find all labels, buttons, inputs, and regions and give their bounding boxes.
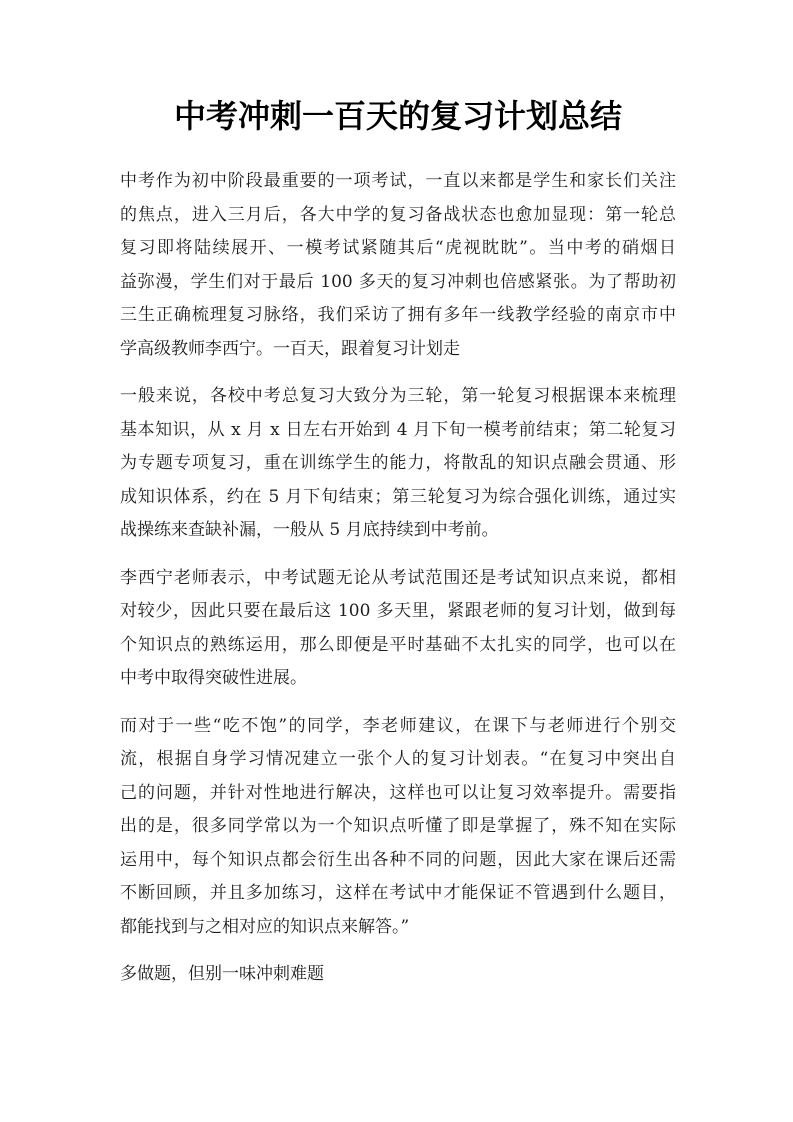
text-line: 对较少，因此只要在最后这 100 多天里，紧跟老师的复习计划，做到每 bbox=[120, 595, 676, 629]
text-line: 益弥漫，学生们对于最后 100 多天的复习冲刺也倍感紧张。为了帮助初 bbox=[120, 266, 676, 300]
text-line: 为专题专项复习，重在训练学生的能力，将散乱的知识点融会贯通、形 bbox=[120, 447, 676, 481]
text-line: 多做题，但别一味冲刺难题 bbox=[120, 958, 676, 992]
text-line: 的焦点，进入三月后，各大中学的复习备战状态也愈加显现：第一轮总 bbox=[120, 199, 676, 233]
paragraph: 中考作为初中阶段最重要的一项考试，一直以来都是学生和家长们关注 的焦点，进入三月… bbox=[120, 165, 676, 366]
paragraph: 李西宁老师表示，中考试题无论从考试范围还是考试知识点来说，都相 对较少，因此只要… bbox=[120, 562, 676, 696]
text-line: 李西宁老师表示，中考试题无论从考试范围还是考试知识点来说，都相 bbox=[120, 562, 676, 596]
text-line: 学高级教师李西宁。一百天，跟着复习计划走 bbox=[120, 333, 676, 367]
text-line: 成知识体系，约在 5 月下旬结束；第三轮复习为综合强化训练，通过实 bbox=[120, 481, 676, 515]
document-content: 中考冲刺一百天的复习计划总结 中考作为初中阶段最重要的一项考试，一直以来都是学生… bbox=[0, 94, 793, 992]
document-page: 中考冲刺一百天的复习计划总结 中考作为初中阶段最重要的一项考试，一直以来都是学生… bbox=[0, 0, 793, 1122]
paragraph: 多做题，但别一味冲刺难题 bbox=[120, 958, 676, 992]
text-line: 中考中取得突破性进展。 bbox=[120, 662, 676, 696]
text-line: 己的问题，并针对性地进行解决，这样也可以让复习效率提升。需要指 bbox=[120, 777, 676, 811]
text-line: 都能找到与之相对应的知识点来解答。” bbox=[120, 911, 676, 945]
text-line: 出的是，很多同学常以为一个知识点听懂了即是掌握了，殊不知在实际 bbox=[120, 810, 676, 844]
text-line: 战操练来查缺补漏，一般从 5 月底持续到中考前。 bbox=[120, 514, 676, 548]
text-line: 运用中，每个知识点都会衍生出各种不同的问题，因此大家在课后还需 bbox=[120, 844, 676, 878]
text-line: 不断回顾，并且多加练习，这样在考试中才能保证不管遇到什么题目， bbox=[120, 877, 676, 911]
text-line: 而对于一些“吃不饱”的同学，李老师建议，在课下与老师进行个别交 bbox=[120, 710, 676, 744]
text-line: 复习即将陆续展开、一模考试紧随其后“虎视眈眈”。当中考的硝烟日 bbox=[120, 232, 676, 266]
text-line: 一般来说，各校中考总复习大致分为三轮，第一轮复习根据课本来梳理 bbox=[120, 380, 676, 414]
text-line: 三生正确梳理复习脉络，我们采访了拥有多年一线教学经验的南京市中 bbox=[120, 299, 676, 333]
text-line: 流，根据自身学习情况建立一张个人的复习计划表。“在复习中突出自 bbox=[120, 743, 676, 777]
paragraph: 一般来说，各校中考总复习大致分为三轮，第一轮复习根据课本来梳理 基本知识，从 x… bbox=[120, 380, 676, 548]
text-line: 个知识点的熟练运用，那么即便是平时基础不太扎实的同学，也可以在 bbox=[120, 629, 676, 663]
document-title: 中考冲刺一百天的复习计划总结 bbox=[120, 94, 676, 139]
paragraph: 而对于一些“吃不饱”的同学，李老师建议，在课下与老师进行个别交 流，根据自身学习… bbox=[120, 710, 676, 945]
text-line: 中考作为初中阶段最重要的一项考试，一直以来都是学生和家长们关注 bbox=[120, 165, 676, 199]
text-line: 基本知识，从 x 月 x 日左右开始到 4 月下旬一模考前结束；第二轮复习 bbox=[120, 414, 676, 448]
